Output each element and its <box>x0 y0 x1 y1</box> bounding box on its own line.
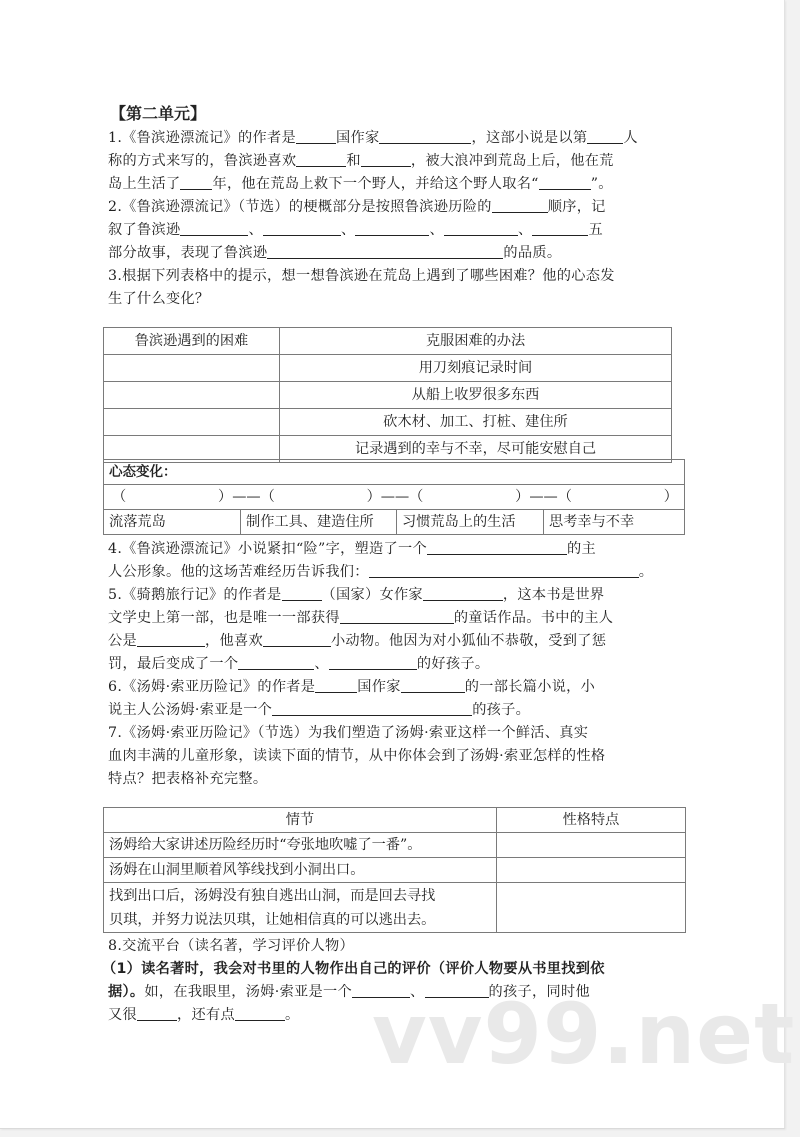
mood-blanks-cell: （ ）——（ ）——（ ）——（ ） <box>104 485 685 510</box>
question-8-part-1-line-1: （1）读名著时，我会对书里的人物作出自己的评价（评价人物要从书里找到依 <box>102 958 676 981</box>
mood-blanks[interactable]: （ ）——（ ）——（ ）——（ ） <box>104 485 684 509</box>
answer-cell[interactable] <box>104 355 280 382</box>
traits-table: 情节 性格特点 汤姆给大家讲述历险经历时“夸张地吹嘘了一番”。 汤姆在山洞里顺着… <box>103 807 686 933</box>
blank-award[interactable] <box>340 608 454 624</box>
blank-story-2[interactable] <box>263 220 341 236</box>
text: 、 <box>341 222 356 238</box>
header-trait: 性格特点 <box>497 808 686 833</box>
paren: ） <box>664 485 678 509</box>
text: 称的方式来写的，鲁滨逊喜欢 <box>108 153 296 169</box>
text: 6.《汤姆·索亚历险记》的作者是 <box>108 679 315 695</box>
answer-cell[interactable] <box>104 382 280 409</box>
blank-hobby-2[interactable] <box>361 151 411 167</box>
stage-cell: 习惯荒岛上的生活 <box>397 510 544 535</box>
text: 的品质。 <box>503 245 561 261</box>
text: 年，他在荒岛上救下一个野人，并给这个野人取名“ <box>212 176 538 192</box>
paren: ）——（ <box>515 485 572 509</box>
trait-answer-cell[interactable] <box>497 858 686 883</box>
text: 的孩子。 <box>472 702 530 718</box>
text: 2.《鲁滨逊漂流记》（节选）的梗概部分是按照鲁滨逊历险的 <box>108 199 492 215</box>
paren: ）——（ <box>367 485 424 509</box>
question-2-line-3: 部分故事，表现了鲁滨逊的品质。 <box>108 242 676 265</box>
text: 。 <box>639 564 654 580</box>
blank-character[interactable] <box>272 700 472 716</box>
blank-person[interactable] <box>587 128 623 144</box>
mood-blanks-row: （ ）——（ ）——（ ）——（ ） <box>104 485 685 510</box>
trait-answer-cell[interactable] <box>497 883 686 933</box>
table-row: 找到出口后，汤姆没有独自逃出山洞，而是回去寻找 贝琪，并努力说法贝琪，让她相信真… <box>104 883 686 933</box>
watermark: vv99.net <box>372 992 795 1076</box>
text: 1.《鲁滨逊漂流记》的作者是 <box>108 130 296 146</box>
text: ，他喜欢 <box>205 633 263 649</box>
question-1-line-1: 1.《鲁滨逊漂流记》的作者是国作家，这部小说是以第人 <box>108 127 676 150</box>
worksheet-page: 【第二单元】 1.《鲁滨逊漂流记》的作者是国作家，这部小说是以第人 称的方式来写… <box>0 0 785 1129</box>
text: 部分故事，表现了鲁滨逊 <box>108 245 267 261</box>
text: 如，在我眼里，汤姆·索亚是一个 <box>144 984 352 1000</box>
text: 人 <box>623 130 638 146</box>
blank-hobby-1[interactable] <box>296 151 346 167</box>
text: ，还有点 <box>177 1007 235 1023</box>
text: 小动物。他因为对小狐仙不恭敬，受到了惩 <box>331 633 606 649</box>
blank-trait-3[interactable] <box>137 1005 177 1021</box>
text: ，被大浪冲到荒岛上后，他在荒 <box>411 153 614 169</box>
stage-cell: 思考幸与不幸 <box>544 510 685 535</box>
blank-story-5[interactable] <box>532 220 588 236</box>
question-2-line-2: 叙了鲁滨逊、、、、五 <box>108 219 676 242</box>
blank-years[interactable] <box>180 174 212 190</box>
question-2-line-1: 2.《鲁滨逊漂流记》（节选）的梗概部分是按照鲁滨逊历险的顺序，记 <box>108 196 676 219</box>
text: 叙了鲁滨逊 <box>108 222 180 238</box>
question-5-line-3: 公是，他喜欢小动物。他因为对小狐仙不恭敬，受到了惩 <box>108 630 676 653</box>
table-row: 汤姆在山洞里顺着风筝线找到小洞出口。 <box>104 858 686 883</box>
text: 的主 <box>567 541 596 557</box>
worksheet-content-2: 4.《鲁滨逊漂流记》小说紧扣“险”字，塑造了一个的主 人公形象。他的这场苦难经历… <box>108 538 676 791</box>
blank-story-4[interactable] <box>444 220 518 236</box>
question-3-line-1: 3.根据下列表格中的提示，想一想鲁滨逊在荒岛上遇到了哪些困难？他的心态发 <box>108 265 676 288</box>
text: 的一部长篇小说，小 <box>465 679 595 695</box>
trait-answer-cell[interactable] <box>497 833 686 858</box>
question-5-line-2: 文学史上第一部，也是唯一一部获得的童话作品。书中的主人 <box>108 607 676 630</box>
table-row: 用刀刻痕记录时间 <box>104 355 672 382</box>
text: 岛上生活了 <box>108 176 180 192</box>
text: 、 <box>314 656 329 672</box>
question-8-title: 8.交流平台（读名著，学习评价人物） <box>108 935 676 958</box>
text: ”。 <box>591 176 613 192</box>
header-solution: 克服困难的办法 <box>280 328 672 355</box>
table-row: 砍木材、加工、打桩、建住所 <box>104 409 672 436</box>
text: 顺序，记 <box>548 199 606 215</box>
question-4-line-1: 4.《鲁滨逊漂流记》小说紧扣“险”字，塑造了一个的主 <box>108 538 676 561</box>
solution-cell: 从船上收罗很多东西 <box>280 382 672 409</box>
blank-trait-4[interactable] <box>235 1005 285 1021</box>
mood-label-row: 心态变化： <box>104 460 685 485</box>
unit-title: 【第二单元】 <box>110 101 676 127</box>
question-4-line-2: 人公形象。他的这场苦难经历告诉我们：。 <box>108 561 676 584</box>
table-row: 汤姆给大家讲述历险经历时“夸张地吹嘘了一番”。 <box>104 833 686 858</box>
blank-trait-2[interactable] <box>329 654 417 670</box>
text: 的好孩子。 <box>417 656 489 672</box>
text: ，这本书是世界 <box>503 587 604 603</box>
plot-text-line: 贝琪，并努力说法贝琪，让她相信真的可以逃出去。 <box>109 908 491 932</box>
text: 国作家 <box>336 130 379 146</box>
solution-cell: 砍木材、加工、打桩、建住所 <box>280 409 672 436</box>
plot-cell: 找到出口后，汤姆没有独自逃出山洞，而是回去寻找 贝琪，并努力说法贝琪，让她相信真… <box>104 883 497 933</box>
blank-quality[interactable] <box>267 243 503 259</box>
blank-order[interactable] <box>492 197 548 213</box>
text: 国作家 <box>357 679 400 695</box>
blank-protagonist[interactable] <box>137 631 205 647</box>
text: 的童话作品。书中的主人 <box>454 610 613 626</box>
question-5-line-1: 5.《骑鹅旅行记》的作者是（国家）女作家，这本书是世界 <box>108 584 676 607</box>
stage-cell: 制作工具、建造住所 <box>241 510 397 535</box>
mood-label: 心态变化： <box>104 460 685 485</box>
text: 人公形象。他的这场苦难经历告诉我们： <box>108 564 369 580</box>
blank-lesson[interactable] <box>369 562 639 578</box>
blank-author[interactable] <box>379 128 471 144</box>
question-5-line-4: 罚，最后变成了一个、的好孩子。 <box>108 653 676 676</box>
blank-story-3[interactable] <box>355 220 429 236</box>
plot-cell: 汤姆在山洞里顺着风筝线找到小洞出口。 <box>104 858 497 883</box>
blank-country[interactable] <box>296 128 336 144</box>
table-row: 从船上收罗很多东西 <box>104 382 672 409</box>
plot-cell: 汤姆给大家讲述历险经历时“夸张地吹嘘了一番”。 <box>104 833 497 858</box>
text: （国家）女作家 <box>322 587 423 603</box>
header-difficulty: 鲁滨逊遇到的困难 <box>104 328 280 355</box>
mood-change-table: 心态变化： （ ）——（ ）——（ ）——（ ） 流落荒岛 制作工具、建造住所 … <box>103 459 685 535</box>
plot-text-line: 找到出口后，汤姆没有独自逃出山洞，而是回去寻找 <box>109 884 491 908</box>
text: 又很 <box>108 1007 137 1023</box>
question-3-line-2: 生了什么变化？ <box>108 288 676 311</box>
text: 。 <box>285 1007 300 1023</box>
table-header-row: 鲁滨逊遇到的困难 克服困难的办法 <box>104 328 672 355</box>
blank-story-1[interactable] <box>180 220 248 236</box>
text: 5.《骑鹅旅行记》的作者是 <box>108 587 282 603</box>
text: 五 <box>588 222 603 238</box>
header-plot: 情节 <box>104 808 497 833</box>
text: 公是 <box>108 633 137 649</box>
text: 和 <box>346 153 361 169</box>
blank-country[interactable] <box>315 677 357 693</box>
question-1-line-2: 称的方式来写的，鲁滨逊喜欢和，被大浪冲到荒岛上后，他在荒 <box>108 150 676 173</box>
stage-cell: 流落荒岛 <box>104 510 241 535</box>
paren: （ <box>112 485 126 509</box>
question-1-line-3: 岛上生活了年，他在荒岛上救下一个野人，并给这个野人取名“”。 <box>108 173 676 196</box>
question-6-line-2: 说主人公汤姆·索亚是一个的孩子。 <box>108 699 676 722</box>
question-6-line-1: 6.《汤姆·索亚历险记》的作者是国作家的一部长篇小说，小 <box>108 676 676 699</box>
blank-image[interactable] <box>427 539 567 555</box>
answer-cell[interactable] <box>104 409 280 436</box>
worksheet-content: 【第二单元】 1.《鲁滨逊漂流记》的作者是国作家，这部小说是以第人 称的方式来写… <box>108 101 676 311</box>
text: 、 <box>248 222 263 238</box>
text: 、 <box>429 222 444 238</box>
question-7-line-3: 特点？把表格补充完整。 <box>108 768 676 791</box>
paren: ）——（ <box>218 485 275 509</box>
mood-stages-row: 流落荒岛 制作工具、建造住所 习惯荒岛上的生活 思考幸与不幸 <box>104 510 685 535</box>
text: 说主人公汤姆·索亚是一个 <box>108 702 272 718</box>
text: 罚，最后变成了一个 <box>108 656 238 672</box>
blank-verb[interactable] <box>263 631 331 647</box>
text: 据）。 <box>108 984 144 1000</box>
blank-author[interactable] <box>423 585 503 601</box>
difficulty-table: 鲁滨逊遇到的困难 克服困难的办法 用刀刻痕记录时间 从船上收罗很多东西 砍木材、… <box>103 327 672 463</box>
table-header-row: 情节 性格特点 <box>104 808 686 833</box>
text: 、 <box>518 222 533 238</box>
blank-country[interactable] <box>282 585 322 601</box>
blank-author[interactable] <box>401 677 465 693</box>
blank-trait-1[interactable] <box>238 654 314 670</box>
question-7-line-1: 7.《汤姆·索亚历险记》（节选）为我们塑造了汤姆·索亚这样一个鲜活、真实 <box>108 722 676 745</box>
text: ，这部小说是以第 <box>471 130 587 146</box>
question-7-line-2: 血肉丰满的儿童形象，读读下面的情节，从中你体会到了汤姆·索亚怎样的性格 <box>108 745 676 768</box>
blank-savage-name[interactable] <box>539 174 591 190</box>
solution-cell: 用刀刻痕记录时间 <box>280 355 672 382</box>
text: 文学史上第一部，也是唯一一部获得 <box>108 610 340 626</box>
text: 4.《鲁滨逊漂流记》小说紧扣“险”字，塑造了一个 <box>108 541 427 557</box>
